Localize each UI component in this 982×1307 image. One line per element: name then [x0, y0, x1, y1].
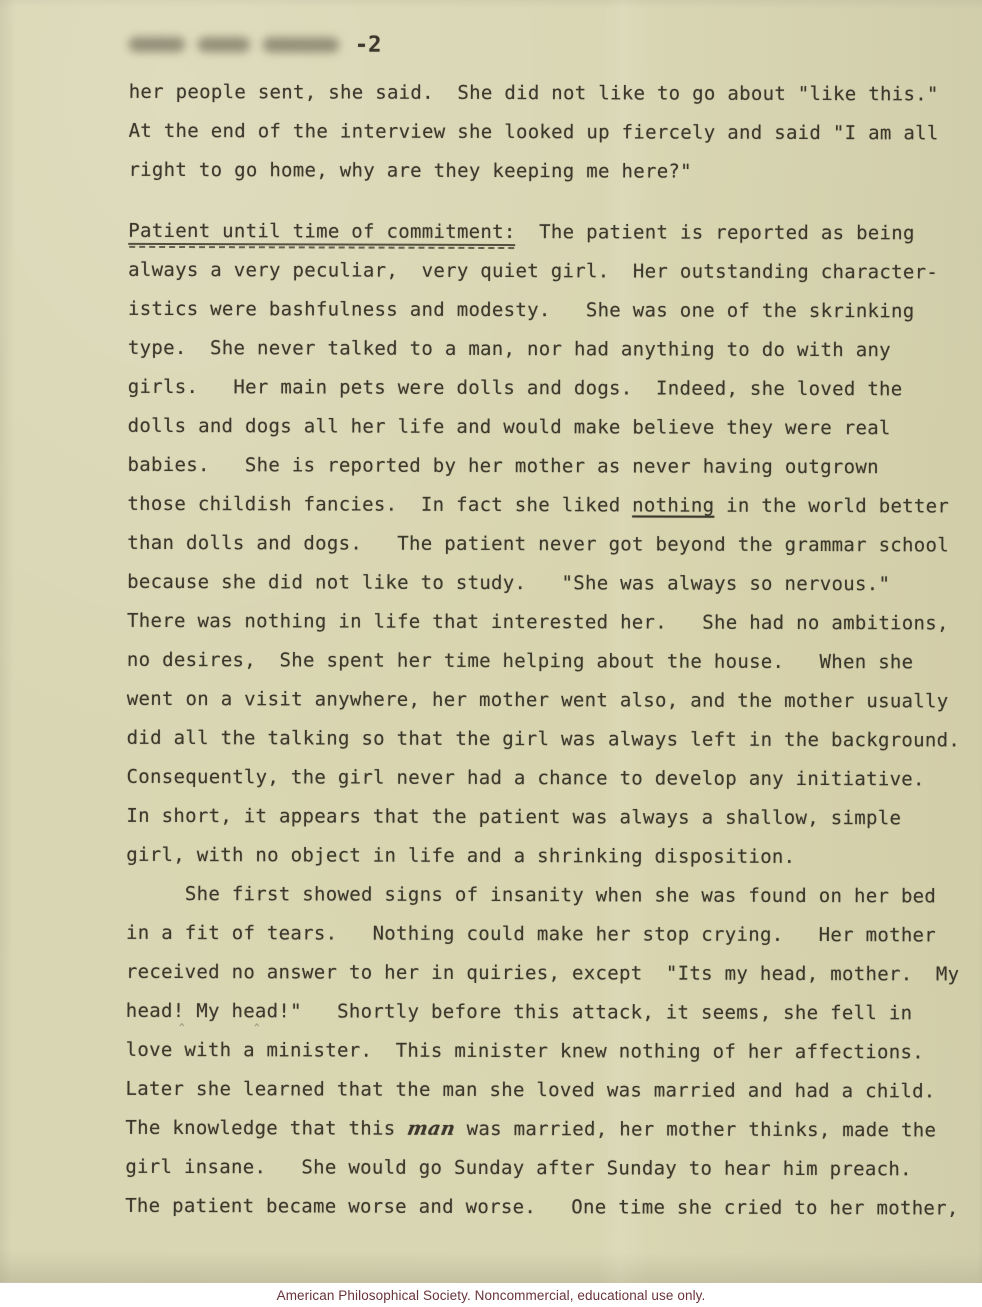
text-segment: girl insane. She would go Sunday after S… — [125, 1156, 912, 1180]
paper-sheet: -2 her people sent, she said. She did no… — [0, 0, 982, 1286]
text-line: There was nothing in life that intereste… — [127, 602, 982, 644]
text-line: her people sent, she said. She did not l… — [129, 73, 982, 115]
text-line: Consequently, the girl never had a chanc… — [126, 758, 982, 800]
text-line: always a very peculiar, very quiet girl.… — [128, 251, 982, 293]
text-line: received no answer to her in quiries, ex… — [126, 953, 982, 995]
text-line: no desires, She spent her time helping a… — [127, 641, 982, 683]
text-segment: istics were bashfulness and modesty. She… — [128, 298, 915, 322]
text-line: girls. Her main pets were dolls and dogs… — [128, 368, 982, 410]
text-line: girl insane. She would go Sunday after S… — [125, 1148, 982, 1190]
text-line: because she did not like to study. "She … — [127, 563, 982, 605]
text-segment: type. She never talked to a man, nor had… — [128, 337, 891, 361]
text-segment: girls. Her main pets were dolls and dogs… — [128, 376, 903, 400]
redacted-name-blur — [129, 36, 339, 52]
text-segment: love with a minister. This minister knew… — [126, 1039, 924, 1064]
text-line: The patient became worse and worse. One … — [125, 1187, 982, 1229]
text-line: The knowledge that this man was married,… — [125, 1109, 982, 1151]
text-segment: The knowledge that this — [125, 1117, 407, 1140]
text-line: She first showed signs of insanity when … — [126, 875, 982, 917]
text-segment: There was nothing in life that intereste… — [127, 610, 949, 635]
text-segment: was married, her mother thinks, made the — [455, 1118, 936, 1142]
text-segment: babies. She is reported by her mother as… — [128, 454, 879, 478]
text-line: those childish fancies. In fact she like… — [127, 485, 982, 527]
scanned-page: -2 her people sent, she said. She did no… — [0, 0, 982, 1307]
text-segment: head! My head!" Shortly before this atta… — [126, 1000, 913, 1024]
text-line: Later she learned that the man she loved… — [126, 1070, 982, 1112]
text-segment: dolls and dogs all her life and would ma… — [128, 415, 891, 439]
text-line: in a fit of tears. Nothing could make he… — [126, 914, 982, 956]
text-segment: went on a visit anywhere, her mother wen… — [127, 688, 949, 713]
text-segment: received no answer to her in quiries, ex… — [126, 961, 960, 986]
text-line: In short, it appears that the patient wa… — [126, 797, 982, 839]
underlined-word: nothing — [632, 494, 714, 516]
text-line: right to go home, why are they keeping m… — [128, 151, 982, 193]
footer-caption: American Philosophical Society. Noncomme… — [0, 1283, 982, 1307]
text-segment: her people sent, she said. She did not l… — [129, 81, 939, 106]
text-segment: in a fit of tears. Nothing could make he… — [126, 922, 936, 947]
text-segment: those childish fancies. In fact she like… — [127, 493, 632, 517]
text-segment: The patient became worse and worse. One … — [125, 1195, 959, 1220]
text-segment: In short, it appears that the patient wa… — [126, 805, 901, 829]
text-line: girl, with no object in life and a shrin… — [126, 836, 982, 878]
text-line: went on a visit anywhere, her mother wen… — [127, 680, 982, 722]
text-segment: did all the talking so that the girl was… — [127, 727, 961, 752]
handwritten-word: man — [404, 1110, 459, 1149]
text-segment: always a very peculiar, very quiet girl.… — [128, 259, 938, 284]
section-heading: Patient until time of commitment: — [128, 220, 515, 246]
text-segment: in the world better — [714, 495, 949, 518]
page-number: -2 — [355, 32, 382, 57]
text-segment: girl, with no object in life and a shrin… — [126, 844, 795, 868]
text-line: Patient until time of commitment: The pa… — [128, 212, 982, 254]
text-line: istics were bashfulness and modesty. She… — [128, 290, 982, 332]
text-segment: right to go home, why are they keeping m… — [128, 159, 692, 183]
text-segment: no desires, She spent her time helping a… — [127, 649, 914, 673]
text-line: dolls and dogs all her life and would ma… — [128, 407, 982, 449]
text-segment: because she did not like to study. "She … — [127, 571, 890, 595]
text-line: At the end of the interview she looked u… — [129, 112, 982, 154]
text-line: did all the talking so that the girl was… — [127, 719, 982, 761]
text-segment: She first showed signs of insanity when … — [126, 883, 936, 908]
text-segment: At the end of the interview she looked u… — [129, 120, 939, 145]
pen-mark-icon — [178, 1021, 188, 1031]
typewritten-text: her people sent, she said. She did not l… — [125, 73, 982, 1229]
text-segment: than dolls and dogs. The patient never g… — [127, 532, 949, 557]
text-line: babies. She is reported by her mother as… — [127, 446, 982, 488]
text-line: type. She never talked to a man, nor had… — [128, 329, 982, 371]
text-line: than dolls and dogs. The patient never g… — [127, 524, 982, 566]
pen-mark-icon — [253, 1021, 263, 1031]
text-segment: The patient is reported as being — [516, 221, 915, 244]
text-segment: Later she learned that the man she loved… — [126, 1078, 936, 1103]
text-segment: Consequently, the girl never had a chanc… — [127, 766, 925, 791]
page-header: -2 — [129, 31, 382, 58]
